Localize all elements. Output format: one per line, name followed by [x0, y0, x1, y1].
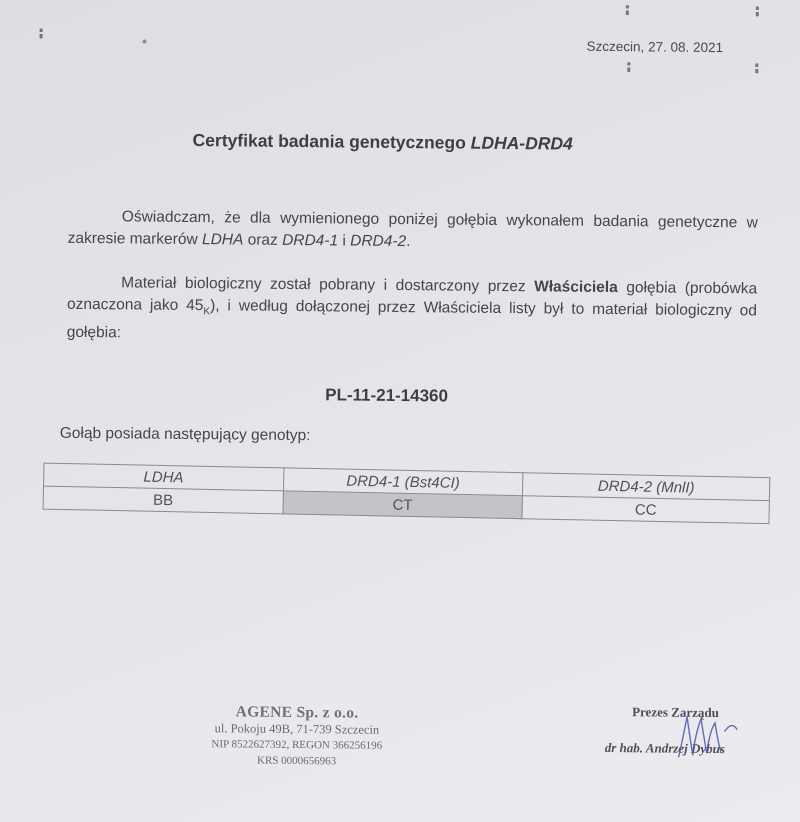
marker-drd4-2: DRD4-2 [350, 233, 406, 251]
punch-mark [756, 6, 759, 16]
company-ids: NIP 8522627392, REGON 366256196 [177, 736, 417, 754]
punch-mark [755, 63, 758, 73]
paragraph-text: . [406, 233, 410, 250]
signature-block: Prezes Zarządu dr hab. Andrzej Dybus [597, 704, 797, 706]
value-drd4-2: CC [522, 496, 769, 524]
value-drd4-1: CT [283, 491, 523, 519]
punch-mark [40, 29, 43, 39]
paragraph-text: oraz [243, 231, 282, 248]
title-gene-names: LDHA-DRD4 [471, 133, 573, 154]
value-ldha: BB [43, 486, 283, 514]
title-text: Certyfikat badania genetycznego [192, 130, 470, 153]
marker-ldha: LDHA [202, 231, 244, 248]
declaration-paragraph: Oświadczam, że dla wymienionego poniżej … [68, 206, 758, 257]
genotype-label: Gołąb posiada następujący genotyp: [60, 425, 311, 445]
handwritten-signature-icon [675, 709, 766, 765]
ring-number: PL-11-21-14360 [325, 385, 448, 406]
company-stamp: AGENE Sp. z o.o. ul. Pokoju 49B, 71-739 … [177, 704, 418, 770]
punch-mark [627, 62, 630, 72]
speck-mark [143, 40, 147, 44]
paragraph-text: i [338, 232, 350, 249]
paragraph-text: Oświadczam, że dla wymienionego poniżej … [68, 208, 758, 248]
certificate-page: Szczecin, 27. 08. 2021 Certyfikat badani… [0, 0, 800, 822]
material-paragraph: Materiał biologiczny został pobrany i do… [67, 272, 758, 351]
genotype-table: LDHA DRD4-1 (Bst4CI) DRD4-2 (MnlI) BB CT… [43, 463, 771, 525]
marker-drd4-1: DRD4-1 [282, 232, 338, 250]
owner-bold: Właściciela [534, 278, 618, 296]
company-krs: KRS 0000656963 [177, 752, 417, 770]
place-date: Szczecin, 27. 08. 2021 [586, 39, 723, 55]
document-title: Certyfikat badania genetycznego LDHA-DRD… [192, 130, 572, 155]
paragraph-text: Materiał biologiczny został pobrany i do… [121, 274, 534, 295]
punch-mark [626, 5, 629, 15]
